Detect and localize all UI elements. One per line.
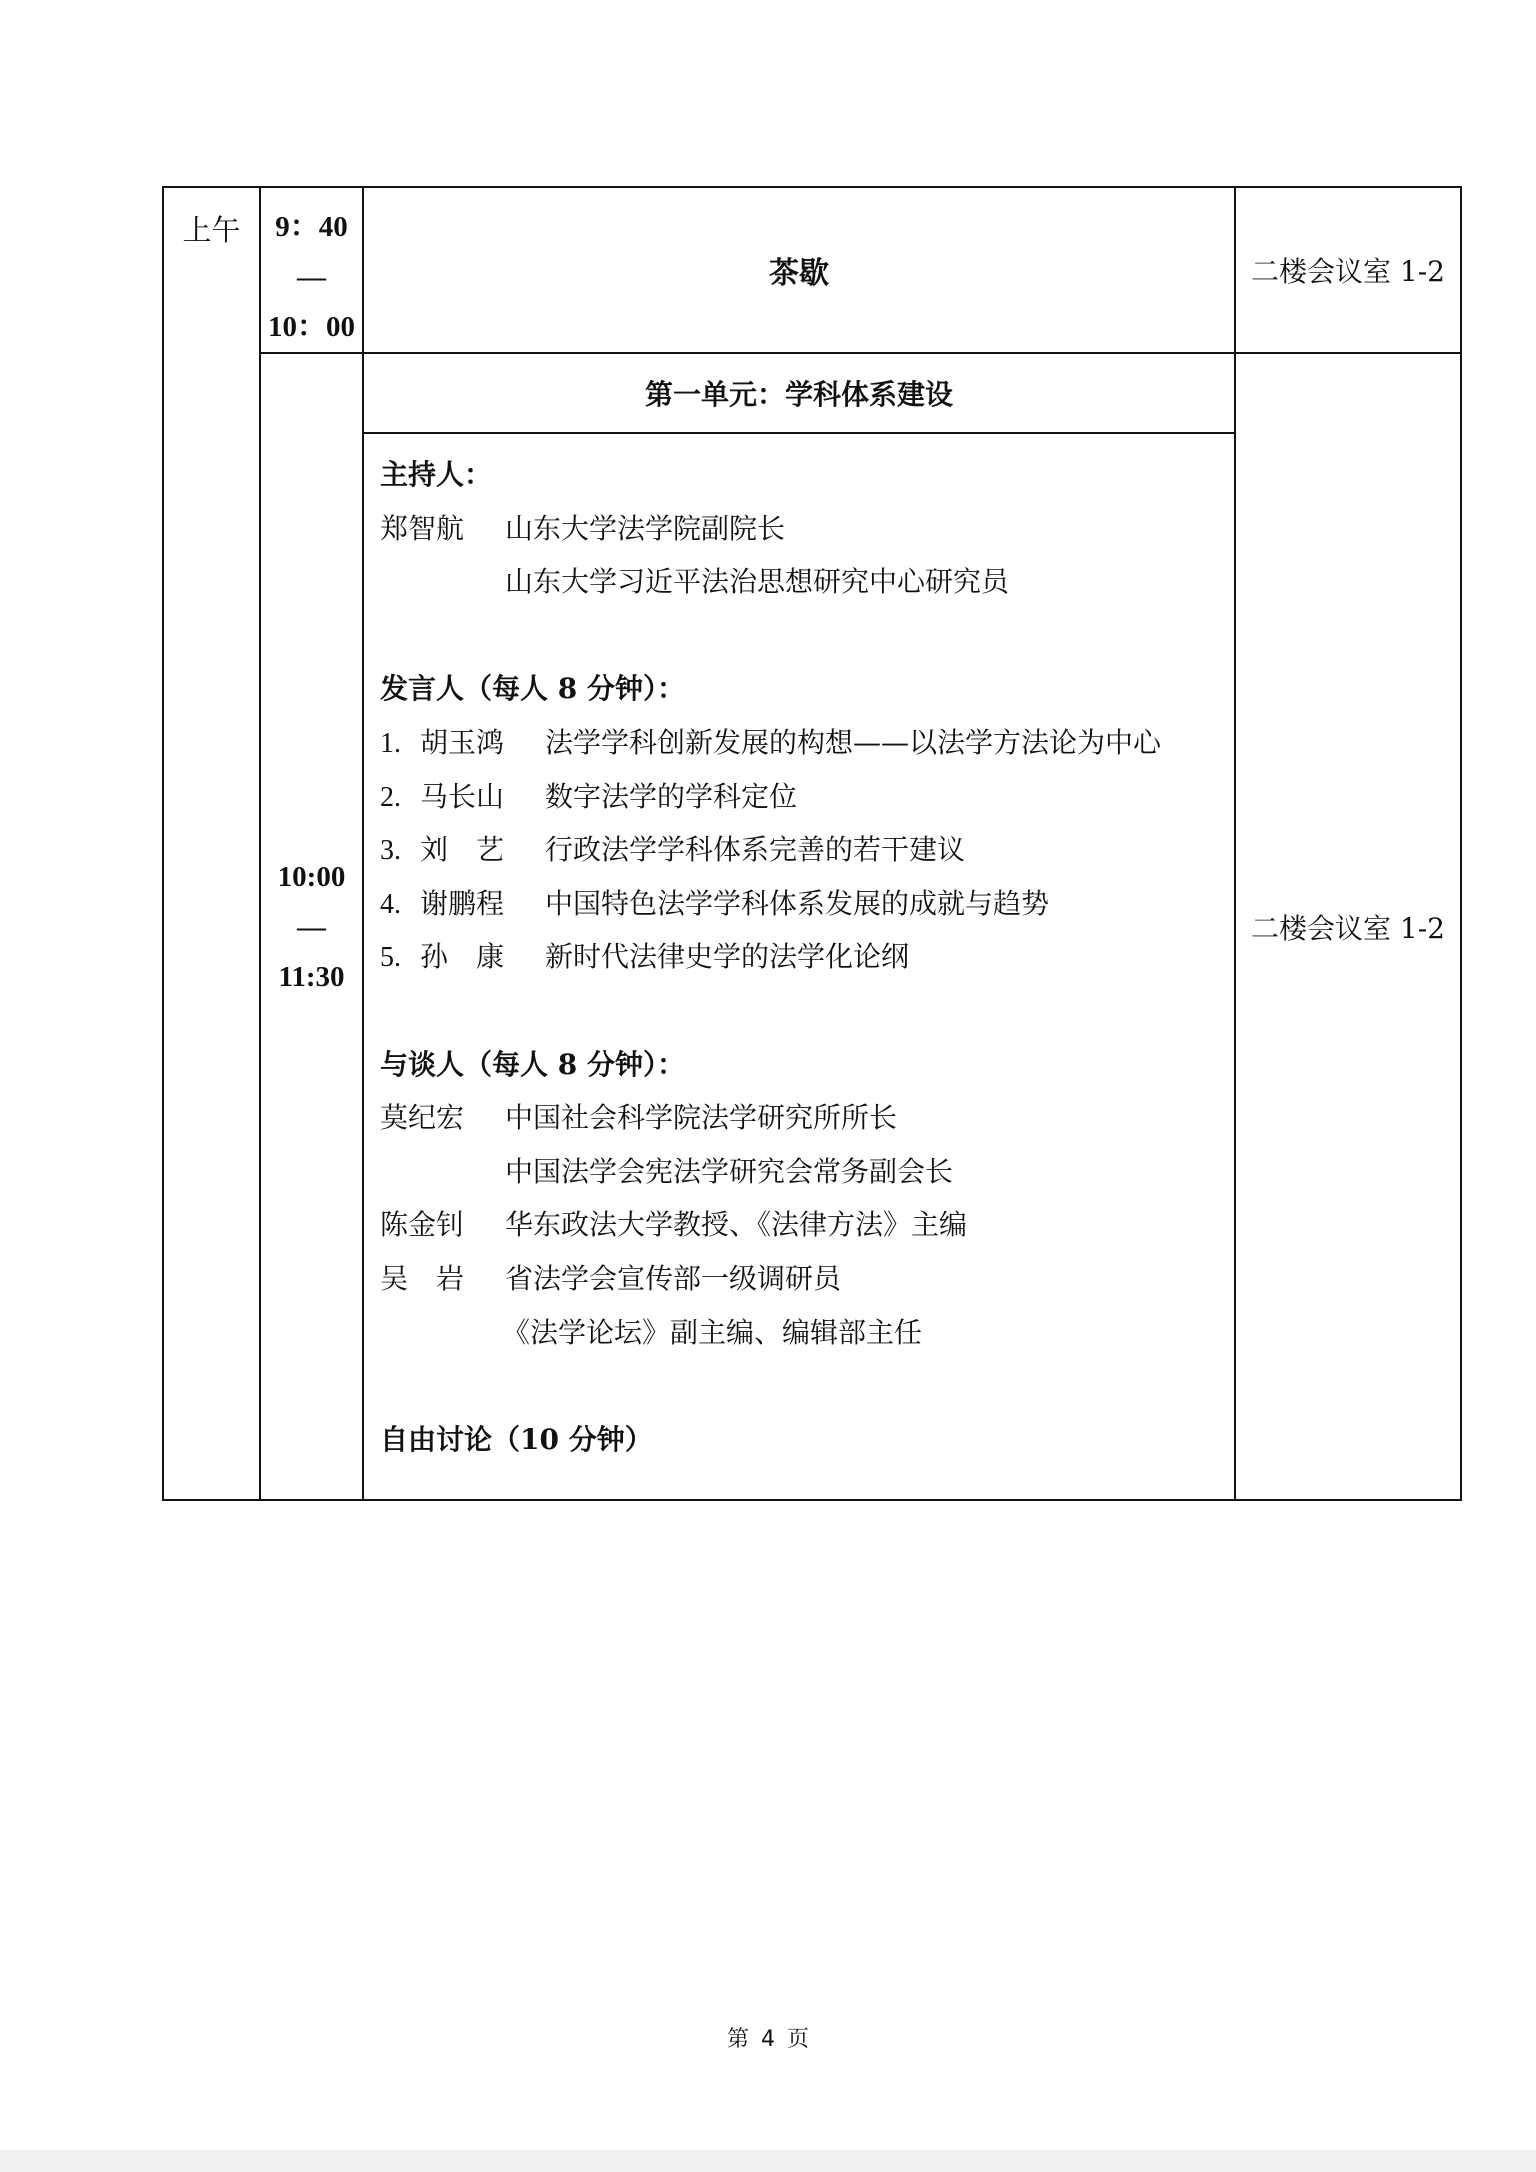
- speaker-number: 1.: [380, 717, 420, 771]
- speakers-heading: 发言人（每人 8 分钟）：: [380, 662, 1234, 716]
- table-row-tea-break: 上午 9：40 — 10：00 茶歇 二楼会议室 1-2: [163, 187, 1461, 353]
- host-heading: 主持人：: [380, 448, 1234, 502]
- host-title: 山东大学法学院副院长: [505, 512, 785, 545]
- host-name: 郑智航: [380, 502, 505, 556]
- speaker-item: 2.马长山数字法学的学科定位: [380, 770, 1234, 824]
- period-cell: 上午: [163, 187, 260, 1500]
- time-dash: —: [261, 252, 362, 302]
- speaker-item: 5.孙 康新时代法律史学的法学化论纲: [380, 930, 1234, 984]
- page-suffix: 页: [787, 2027, 809, 2052]
- page-bottom-edge: [0, 2150, 1536, 2172]
- table-row-session-header: 10:00 — 11:30 第一单元：学科体系建设 二楼会议室 1-2: [163, 353, 1461, 433]
- speaker-topic: 数字法学的学科定位: [545, 780, 797, 813]
- speaker-topic: 行政法学学科体系完善的若干建议: [545, 833, 965, 866]
- speaker-name: 孙 康: [420, 930, 545, 984]
- speaker-name: 胡玉鸿: [420, 716, 545, 770]
- time-start: 10:00: [261, 852, 362, 902]
- session-title: 第一单元：学科体系建设: [363, 353, 1235, 433]
- page-footer: 第4页: [0, 2022, 1536, 2053]
- event-title-tea-break: 茶歇: [363, 187, 1235, 353]
- discussant-item: 吴 岩省法学会宣传部一级调研员: [380, 1252, 1234, 1306]
- time-start: 9：40: [261, 202, 362, 252]
- spacer: [380, 609, 1234, 663]
- speaker-number: 5.: [380, 931, 420, 985]
- discussant-item: 莫纪宏中国社会科学院法学研究所所长: [380, 1091, 1234, 1145]
- speaker-topic: 法学学科创新发展的构想——以法学方法论为中心: [545, 726, 1161, 759]
- discussant-name: 陈金钊: [380, 1198, 505, 1252]
- speaker-number: 3.: [380, 824, 420, 878]
- time-end: 10：00: [261, 302, 362, 352]
- free-discussion: 自由讨论（10 分钟）: [380, 1413, 1234, 1467]
- speaker-name: 谢鹏程: [420, 877, 545, 931]
- spacer: [380, 984, 1234, 1038]
- speaker-number: 2.: [380, 771, 420, 825]
- speaker-name: 刘 艺: [420, 823, 545, 877]
- speaker-name: 马长山: [420, 770, 545, 824]
- document-page: 上午 9：40 — 10：00 茶歇 二楼会议室 1-2 10:00 — 11:…: [0, 0, 1536, 2172]
- speaker-topic: 中国特色法学学科体系发展的成就与趋势: [545, 887, 1049, 920]
- page-prefix: 第: [727, 2027, 749, 2052]
- time-cell-session-1: 10:00 — 11:30: [260, 353, 363, 1500]
- discussant-name: 莫纪宏: [380, 1091, 505, 1145]
- time-dash: —: [261, 902, 362, 952]
- discussant-title: 华东政法大学教授、《法律方法》主编: [505, 1208, 967, 1241]
- discussant-title: 省法学会宣传部一级调研员: [505, 1262, 841, 1295]
- speaker-item: 4.谢鹏程中国特色法学学科体系发展的成就与趋势: [380, 877, 1234, 931]
- discussant-name: 吴 岩: [380, 1252, 505, 1306]
- discussant-title: 中国社会科学院法学研究所所长: [505, 1101, 897, 1134]
- speaker-item: 1.胡玉鸿法学学科创新发展的构想——以法学方法论为中心: [380, 716, 1234, 770]
- venue-cell-tea-break: 二楼会议室 1-2: [1235, 187, 1461, 353]
- speaker-item: 3.刘 艺行政法学学科体系完善的若干建议: [380, 823, 1234, 877]
- host-title-line: 山东大学习近平法治思想研究中心研究员: [380, 555, 1234, 609]
- agenda-table: 上午 9：40 — 10：00 茶歇 二楼会议室 1-2 10:00 — 11:…: [162, 186, 1462, 1501]
- spacer: [380, 1359, 1234, 1413]
- speaker-topic: 新时代法律史学的法学化论纲: [545, 940, 909, 973]
- discussants-heading: 与谈人（每人 8 分钟）：: [380, 1038, 1234, 1092]
- time-end: 11:30: [261, 952, 362, 1002]
- discussant-item: 陈金钊华东政法大学教授、《法律方法》主编: [380, 1198, 1234, 1252]
- discussant-title-line: 《法学论坛》副主编、编辑部主任: [380, 1306, 1234, 1360]
- speaker-number: 4.: [380, 878, 420, 932]
- time-cell-tea-break: 9：40 — 10：00: [260, 187, 363, 353]
- venue-cell-session-1: 二楼会议室 1-2: [1235, 353, 1461, 1500]
- host-line: 郑智航山东大学法学院副院长: [380, 502, 1234, 556]
- session-content: 主持人： 郑智航山东大学法学院副院长 山东大学习近平法治思想研究中心研究员 发言…: [363, 433, 1235, 1500]
- discussant-title-line: 中国法学会宪法学研究会常务副会长: [380, 1145, 1234, 1199]
- page-number: 4: [761, 2027, 775, 2052]
